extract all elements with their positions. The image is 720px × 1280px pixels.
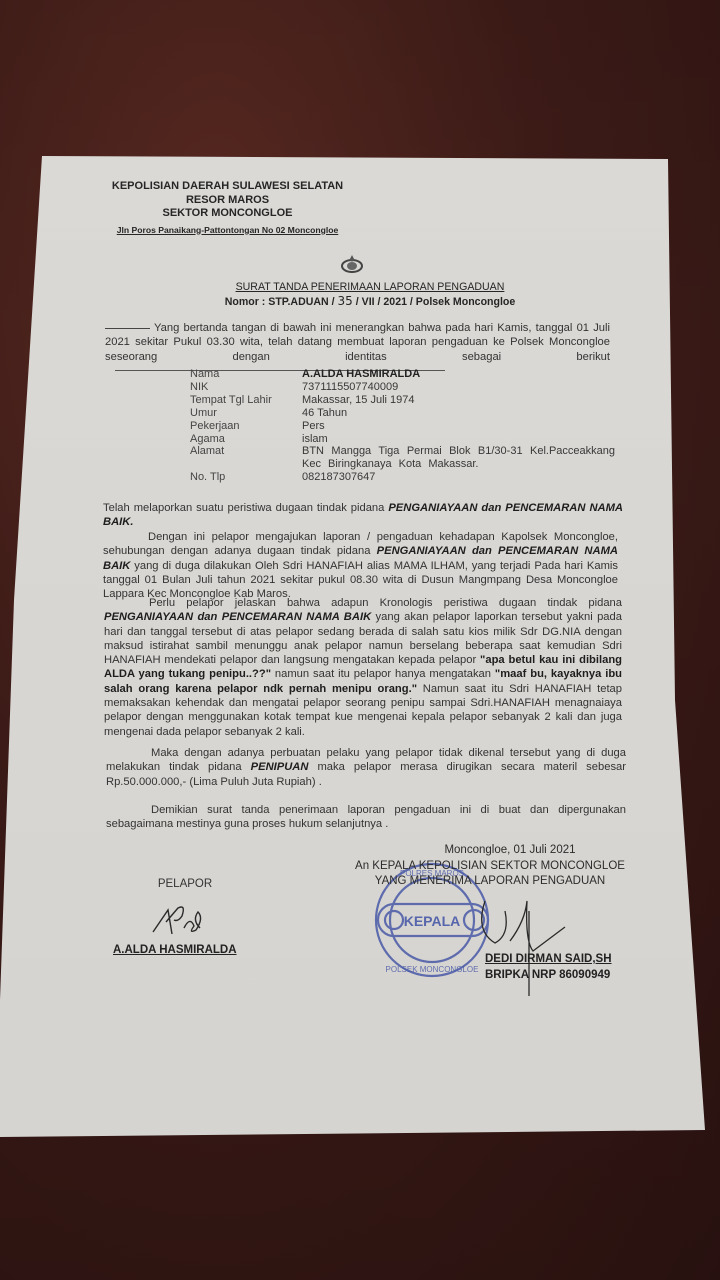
letterhead-line-2: RESOR MAROS — [100, 194, 355, 208]
identity-row: AlamatBTN Mangga Tiga Permai Blok B1/30-… — [190, 445, 615, 471]
identity-row: Umur46 Tahun — [190, 407, 615, 420]
dash-line — [105, 328, 150, 329]
identity-row: Tempat Tgl LahirMakassar, 15 Juli 1974 — [190, 394, 615, 407]
officer-title-line-1: An KEPALA KEPOLISIAN SEKTOR MONCONGLOE — [355, 859, 625, 875]
identity-row: NIK7371115507740009 — [190, 381, 615, 394]
title-main: SURAT TANDA PENERIMAAN LAPORAN PENGADUAN — [200, 281, 540, 293]
identity-row: No. Tlp082187307647 — [190, 471, 615, 484]
document-title: SURAT TANDA PENERIMAAN LAPORAN PENGADUAN… — [200, 281, 540, 308]
paragraph-loss: Maka dengan adanya perbuatan pelaku yang… — [106, 746, 626, 789]
letterhead-line-3: SEKTOR MONCONGLOE — [100, 207, 355, 221]
identity-row: Agamaislam — [190, 433, 615, 446]
handwritten-number: 35 — [338, 294, 353, 308]
police-emblem-icon — [340, 253, 364, 275]
svg-text:KEPALA: KEPALA — [404, 913, 461, 929]
identity-row: NamaA.ALDA HASMIRALDA — [190, 368, 615, 381]
officer-identity: DEDI DIRMAN SAID,SH BRIPKA NRP 86090949 — [485, 951, 612, 983]
identity-table: NamaA.ALDA HASMIRALDA NIK737111550774000… — [190, 368, 615, 484]
report-line: Telah melaporkan suatu peristiwa dugaan … — [103, 501, 623, 530]
place-date: Moncongloe, 01 Juli 2021 — [395, 843, 625, 859]
officer-signature-block: Moncongloe, 01 Juli 2021 An KEPALA KEPOL… — [355, 843, 625, 890]
reporter-signature-block: PELAPOR A.ALDA HASMIRALDA — [110, 878, 250, 890]
officer-title-line-2: YANG MENERIMA LAPORAN PENGADUAN — [355, 874, 625, 890]
document-number: Nomor : STP.ADUAN / 35 / VII / 2021 / Po… — [200, 294, 540, 308]
officer-name: DEDI DIRMAN SAID,SH — [485, 951, 612, 967]
paragraph-closing: Demikian surat tanda penerimaan laporan … — [106, 803, 626, 832]
letterhead: KEPOLISIAN DAERAH SULAWESI SELATAN RESOR… — [100, 180, 355, 237]
reporter-role: PELAPOR — [120, 878, 250, 890]
letterhead-line-1: KEPOLISIAN DAERAH SULAWESI SELATAN — [100, 180, 355, 194]
officer-signature-icon — [455, 891, 575, 1001]
letterhead-address: Jln Poros Panaikang-Pattontongan No 02 M… — [100, 224, 355, 238]
officer-rank: BRIPKA NRP 86090949 — [485, 967, 612, 983]
paragraph-chronology: Perlu pelapor jelaskan bahwa adapun Kron… — [104, 596, 622, 739]
reporter-signature-icon — [148, 900, 218, 940]
paragraph-complaint: Dengan ini pelapor mengajukan laporan / … — [103, 530, 618, 601]
reporter-name: A.ALDA HASMIRALDA — [113, 944, 237, 956]
identity-row: PekerjaanPers — [190, 420, 615, 433]
